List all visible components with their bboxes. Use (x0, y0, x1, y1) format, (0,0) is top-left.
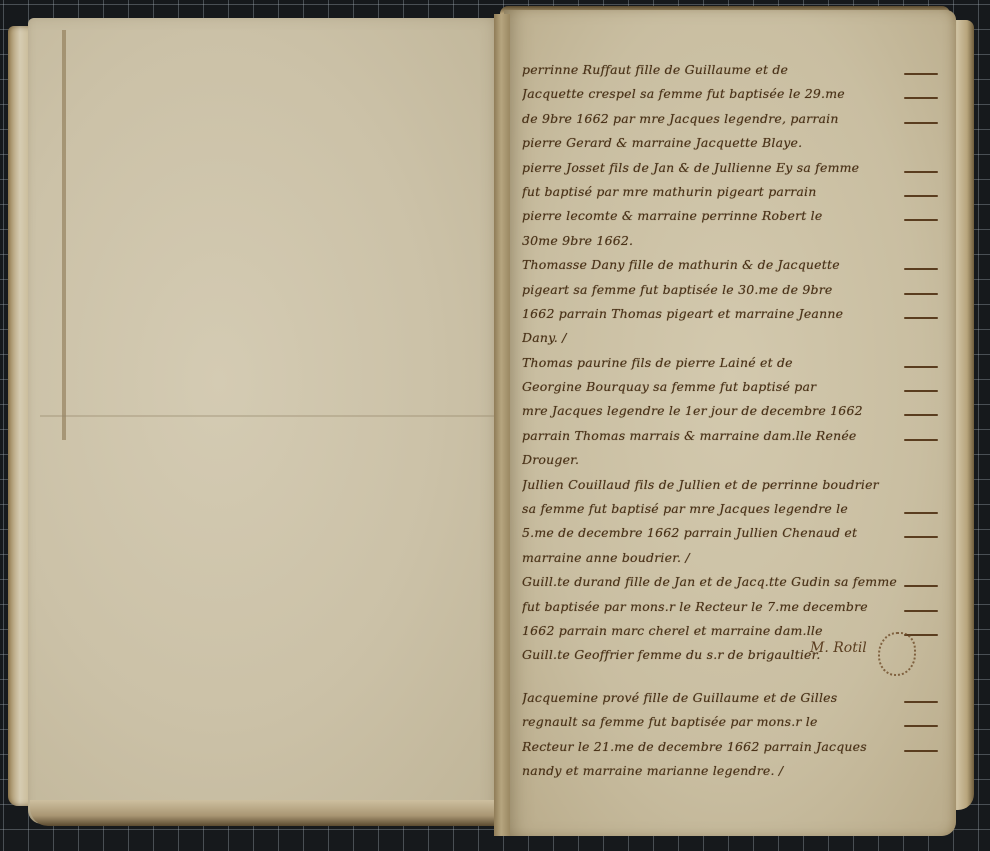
entry-line: sa femme fut baptisé par mre Jacques leg… (522, 497, 942, 521)
entry-line: nandy et marraine marianne legendre. / (522, 759, 942, 783)
entry-line: Dany. / (522, 326, 942, 350)
open-register-book: perrinne Ruffaut fille de Guillaume et d… (0, 0, 990, 851)
entry-line: perrinne Ruffaut fille de Guillaume et d… (522, 58, 942, 82)
baptism-entry: Jullien Couillaud fils de Jullien et de … (522, 473, 942, 571)
priest-signature: M. Rotil (810, 640, 867, 656)
left-page-bottom-edge (30, 800, 500, 826)
entry-line: Jullien Couillaud fils de Jullien et de … (522, 473, 942, 497)
entry-line: mre Jacques legendre le 1er jour de dece… (522, 399, 942, 423)
signature-paraph-flourish (878, 632, 916, 676)
book-gutter (494, 14, 510, 836)
entry-line: Guill.te durand fille de Jan et de Jacq.… (522, 570, 942, 594)
entry-line: 1662 parrain Thomas pigeart et marraine … (522, 302, 942, 326)
entry-line: parrain Thomas marrais & marraine dam.ll… (522, 424, 942, 448)
entry-line: Jacquemine prové fille de Guillaume et d… (522, 686, 942, 710)
baptism-entry: Jacquemine prové fille de Guillaume et d… (522, 686, 942, 784)
baptism-entry: Thomas paurine fils de pierre Lainé et d… (522, 351, 942, 473)
entry-line: de 9bre 1662 par mre Jacques legendre, p… (522, 107, 942, 131)
baptism-entry: Thomasse Dany fille de mathurin & de Jac… (522, 253, 942, 351)
entry-line: Jacquette crespel sa femme fut baptisée … (522, 82, 942, 106)
baptism-entry: pierre Josset fils de Jan & de Jullienne… (522, 156, 942, 254)
entry-line: Thomasse Dany fille de mathurin & de Jac… (522, 253, 942, 277)
entry-line: Thomas paurine fils de pierre Lainé et d… (522, 351, 942, 375)
entry-line: fut baptisé par mre mathurin pigeart par… (522, 180, 942, 204)
left-page-fold-line (62, 30, 66, 440)
entry-line: 1662 parrain marc cherel et marraine dam… (522, 619, 942, 643)
entry-line: marraine anne boudrier. / (522, 546, 942, 570)
left-page-crease (40, 415, 500, 417)
entry-line: Recteur le 21.me de decembre 1662 parrai… (522, 735, 942, 759)
baptism-entries: perrinne Ruffaut fille de Guillaume et d… (522, 58, 942, 783)
entry-line: regnault sa femme fut baptisée par mons.… (522, 710, 942, 734)
entry-line: pigeart sa femme fut baptisée le 30.me d… (522, 278, 942, 302)
entry-line: pierre Gerard & marraine Jacquette Blaye… (522, 131, 942, 155)
entry-line: pierre lecomte & marraine perrinne Rober… (522, 204, 942, 228)
entry-line: 5.me de decembre 1662 parrain Jullien Ch… (522, 521, 942, 545)
entry-line: 30me 9bre 1662. (522, 229, 942, 253)
entry-line: pierre Josset fils de Jan & de Jullienne… (522, 156, 942, 180)
signature-spacer (522, 668, 942, 686)
baptism-entry: perrinne Ruffaut fille de Guillaume et d… (522, 58, 942, 156)
left-page-blank (28, 18, 506, 824)
entry-line: fut baptisée par mons.r le Recteur le 7.… (522, 595, 942, 619)
entry-line: Georgine Bourquay sa femme fut baptisé p… (522, 375, 942, 399)
entry-line: Drouger. (522, 448, 942, 472)
